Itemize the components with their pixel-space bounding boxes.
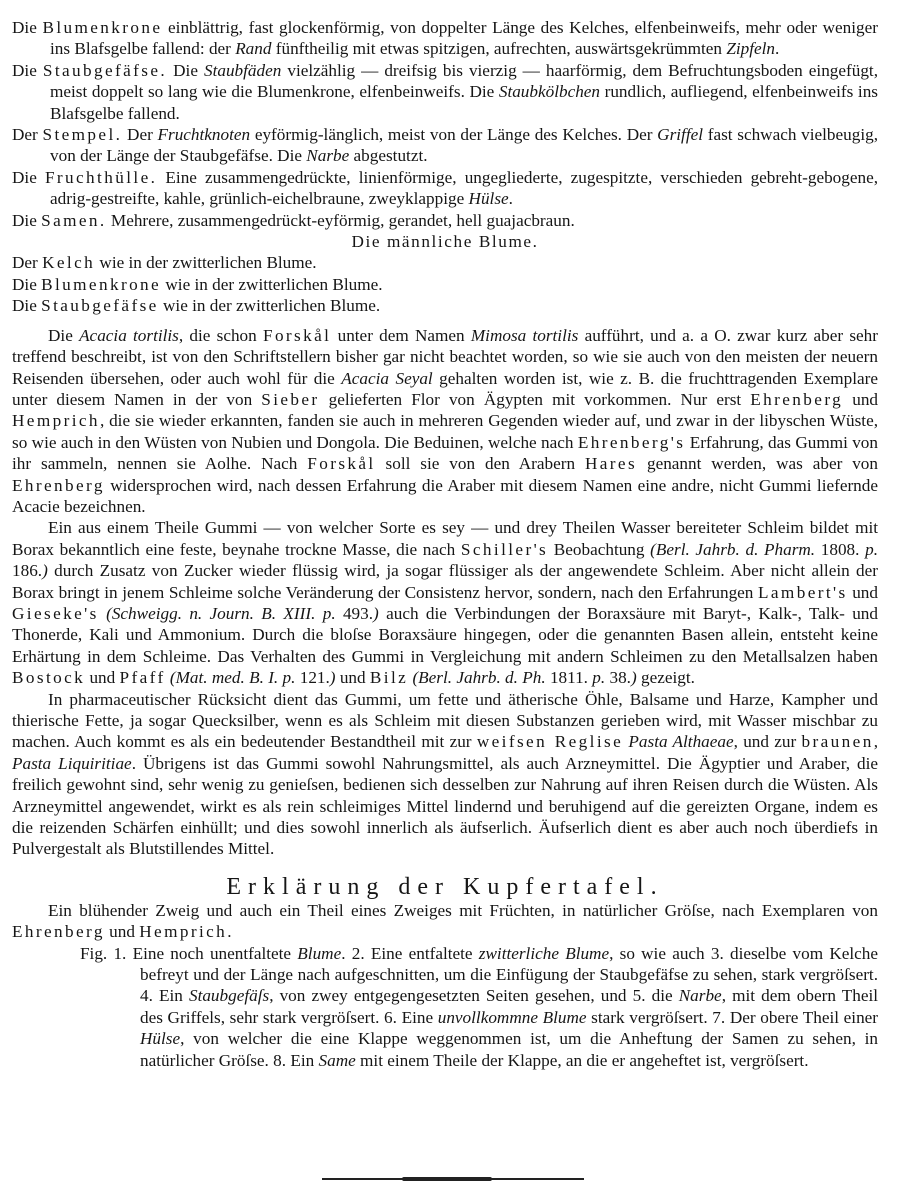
entry-name: Kelch [42, 253, 95, 272]
entry-fruchthuelle: Die Fruchthülle. Eine zusammengedrückte,… [12, 167, 878, 210]
text: , die schon [179, 326, 263, 345]
italic-term: Narbe [306, 146, 349, 165]
italic-term: Mimosa tortilis [471, 326, 578, 345]
text: 38. [605, 668, 631, 687]
entry-text: Die [167, 61, 204, 80]
entry-term: Die [12, 61, 37, 80]
entry-text: Der [122, 125, 157, 144]
end-rule-divider [322, 1178, 584, 1180]
text: mit einem Theile der Klappe, an die er a… [356, 1051, 809, 1070]
text: 1808. [815, 540, 865, 559]
italic-term: Griffel [657, 125, 703, 144]
entry-text: wie in der zwitterlichen Blume. [159, 296, 380, 315]
author-name: Sieber [261, 390, 319, 409]
author-name: Bilz [370, 668, 408, 687]
text: . 2. Eine entfaltete [341, 944, 479, 963]
italic-term: unvollkommne Blume [438, 1008, 587, 1027]
text: Fig. 1. Eine noch unentfaltete [80, 944, 297, 963]
entry-name: Blumenkrone [41, 275, 161, 294]
italic-term: Staubkölbchen [499, 82, 600, 101]
text: , [874, 732, 878, 751]
author-name: Schiller's [461, 540, 548, 559]
author-name: Hemprich [139, 922, 227, 941]
text: 493. [336, 604, 373, 623]
entry-text: Eine zusammengedrückte, linienförmige, u… [50, 168, 878, 208]
text: durch Zusatz von Zucker wieder flüssig w… [12, 561, 878, 601]
entry-name: Staubgefäfse [41, 296, 159, 315]
paragraph-pharmaceutical: In pharmaceutischer Rücksicht dient das … [12, 689, 878, 860]
entry-text: . [509, 189, 513, 208]
text: 121. [295, 668, 329, 687]
entry-text: . [775, 39, 779, 58]
italic-term: Narbe [679, 986, 722, 1005]
author-name: Gieseke's [12, 604, 99, 623]
entry-samen: Die Samen. Mehrere, zusammengedrückt-eyf… [12, 210, 878, 231]
text: 1811. [546, 668, 593, 687]
text: gezeigt. [637, 668, 695, 687]
italic-term: Same [319, 1051, 356, 1070]
text: . Übrigens ist das Gummi sowohl Nahrungs… [12, 754, 878, 859]
text: , und zur [734, 732, 802, 751]
citation: p. [592, 668, 605, 687]
citation: (Berl. Jahrb. d. Ph. [412, 668, 545, 687]
plate-heading: Erklärung der Kupfertafel. [12, 874, 878, 900]
italic-term: Acacia Seyal [341, 369, 432, 388]
text: Beobachtung [548, 540, 650, 559]
text [99, 604, 106, 623]
paragraph-acacia-tortilis: Die Acacia tortilis, die schon Forskål u… [12, 325, 878, 518]
italic-term: Zipfeln [726, 39, 775, 58]
italic-term: Acacia tortilis [79, 326, 179, 345]
author-name: Bostock [12, 668, 85, 687]
text: und [85, 668, 119, 687]
text: , von zwey entgegengesetzten Seiten gese… [269, 986, 679, 1005]
entry-term: Die [12, 18, 37, 37]
entry-text: wie in der zwitterlichen Blume. [161, 275, 382, 294]
entry-stempel: Der Stempel. Der Fruchtknoten eyförmig-l… [12, 124, 878, 167]
paragraph-borax: Ein aus einem Theile Gummi — von welcher… [12, 517, 878, 688]
italic-term: Hülse [469, 189, 509, 208]
entry-term: Die [12, 211, 37, 230]
entry-term: Der [12, 125, 38, 144]
italic-term: Pasta Althaeae [628, 732, 733, 751]
text: gelieferten Flor von Ägypten mit vorkomm… [320, 390, 751, 409]
entry-text: fünftheilig mit etwas spitzigen, aufrech… [271, 39, 726, 58]
text: Ein blühender Zweig und auch ein Theil e… [48, 901, 878, 920]
spaced-term: braunen [802, 732, 874, 751]
text: und [848, 583, 878, 602]
document-page: Die Blumenkrone einblättrig, fast glocke… [12, 17, 878, 1071]
entry-male-kelch: Der Kelch wie in der zwitterlichen Blume… [12, 252, 878, 273]
entry-male-staubgefaesse: Die Staubgefäfse wie in der zwitterliche… [12, 295, 878, 316]
author-name: Ehrenberg [12, 476, 105, 495]
italic-term: Staubfäden [204, 61, 281, 80]
entry-male-blumenkrone: Die Blumenkrone wie in der zwitterlichen… [12, 274, 878, 295]
entry-term: Die [12, 275, 37, 294]
italic-term: Hülse [140, 1029, 180, 1048]
italic-term: Pasta Liquiritiae [12, 754, 132, 773]
entry-text: wie in der zwitterlichen Blume. [95, 253, 316, 272]
author-name: Hemprich [12, 411, 100, 430]
author-name: Ehrenberg [750, 390, 843, 409]
italic-term: zwitterliche Blume [479, 944, 609, 963]
author-name: Forskål [263, 326, 331, 345]
text: und [105, 922, 139, 941]
text: und [843, 390, 878, 409]
text: . [227, 922, 231, 941]
entry-name: Stempel. [42, 125, 122, 144]
entry-name: Fruchthülle. [45, 168, 157, 187]
author-name: Ehrenberg's [578, 433, 685, 452]
male-flower-heading: Die männliche Blume. [12, 231, 878, 252]
entry-name: Samen. [41, 211, 106, 230]
author-name: Lambert's [758, 583, 848, 602]
entry-name: Blumenkrone [42, 18, 162, 37]
text: genannt werden, was aber von [637, 454, 878, 473]
text: Die [48, 326, 79, 345]
text: 186. [12, 561, 42, 580]
entry-name: Staubgefäfse. [43, 61, 167, 80]
citation: p. [865, 540, 878, 559]
spaced-term: weifsen Reglise [477, 732, 623, 751]
entry-term: Die [12, 296, 37, 315]
citation: (Berl. Jahrb. d. Pharm. [650, 540, 815, 559]
entry-term: Der [12, 253, 38, 272]
entry-term: Die [12, 168, 37, 187]
author-name: Ehrenberg [12, 922, 105, 941]
text: unter dem Namen [331, 326, 471, 345]
author-name: Hares [585, 454, 637, 473]
author-name: Forskål [307, 454, 375, 473]
entry-text: Mehrere, zusammengedrückt-eyförmig, gera… [107, 211, 575, 230]
text: stark vergröſsert. 7. Der obere Theil ei… [587, 1008, 879, 1027]
entry-text: eyförmig-länglich, meist von der Länge d… [250, 125, 657, 144]
text: soll sie von den Arabern [376, 454, 585, 473]
entry-blumenkrone: Die Blumenkrone einblättrig, fast glocke… [12, 17, 878, 60]
citation: (Schweigg. n. Journ. B. XIII. p. [106, 604, 336, 623]
entry-text: abgestutzt. [349, 146, 427, 165]
figure-list: Fig. 1. Eine noch unentfaltete Blume. 2.… [12, 943, 878, 1071]
text: widersprochen wird, nach dessen Erfahrun… [12, 476, 878, 516]
italic-term: Blume [297, 944, 341, 963]
italic-term: Fruchtknoten [158, 125, 251, 144]
citation: (Mat. med. B. I. p. [170, 668, 296, 687]
italic-term: Staubgefäſs [189, 986, 269, 1005]
italic-term: Rand [235, 39, 271, 58]
text: und [336, 668, 370, 687]
plate-intro: Ein blühender Zweig und auch ein Theil e… [12, 900, 878, 943]
author-name: Pfaff [120, 668, 166, 687]
entry-staubgefaesse: Die Staubgefäfse. Die Staubfäden vielzäh… [12, 60, 878, 124]
